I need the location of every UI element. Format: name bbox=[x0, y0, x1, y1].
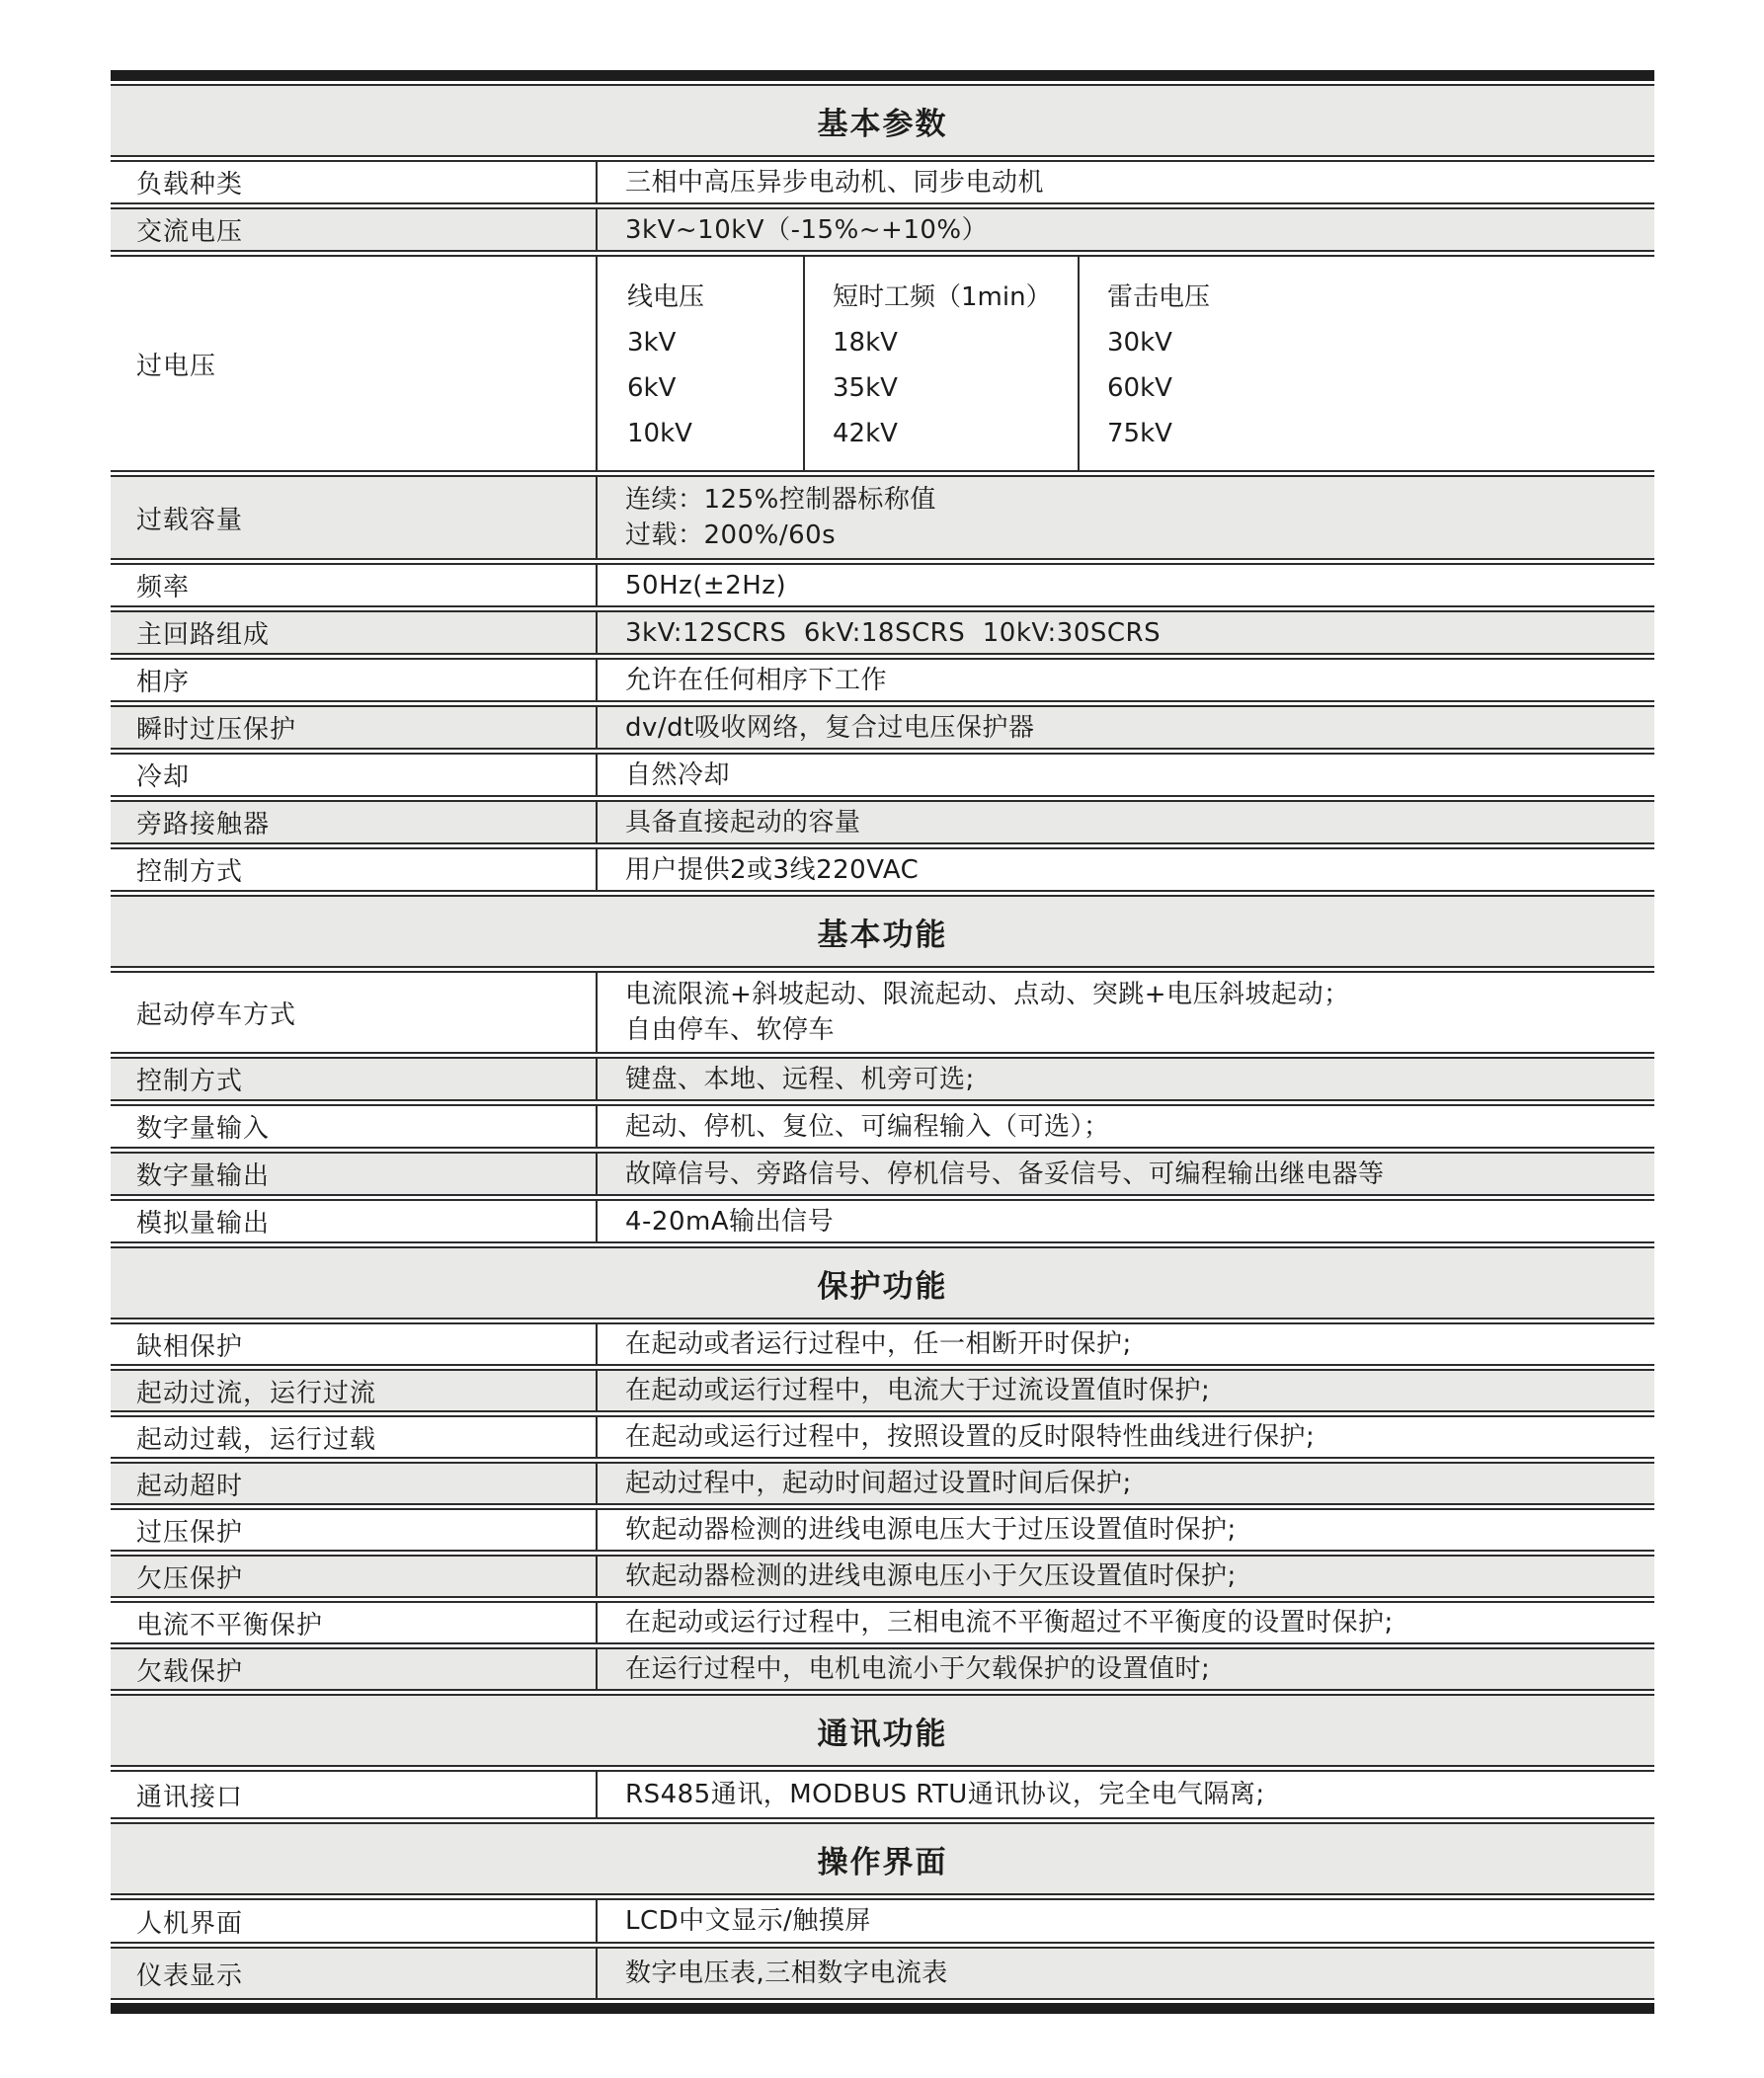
row-label: 主回路组成 bbox=[111, 612, 598, 653]
row-start-timeout-protection: 起动超时 起动过程中，起动时间超过设置时间后保护; bbox=[111, 1462, 1654, 1505]
row-value: 在起动或运行过程中，三相电流不平衡超过不平衡度的设置时保护; bbox=[598, 1603, 1654, 1642]
row-phase-sequence: 相序 允许在任何相序下工作 bbox=[111, 658, 1654, 702]
subcol-value: 6kV bbox=[627, 373, 803, 403]
section-header-basic-functions: 基本功能 bbox=[111, 895, 1654, 968]
row-value: 数字电压表,三相数字电流表 bbox=[598, 1949, 1654, 1998]
row-label: 控制方式 bbox=[111, 849, 598, 890]
row-label: 仪表显示 bbox=[111, 1949, 598, 1998]
row-value: 具备直接起动的容量 bbox=[598, 802, 1654, 842]
row-value: 软起动器检测的进线电源电压小于欠压设置值时保护; bbox=[598, 1557, 1654, 1596]
row-value-line2: 过载：200%/60s bbox=[625, 518, 1644, 553]
table-top-border bbox=[111, 70, 1654, 81]
row-label: 数字量输出 bbox=[111, 1154, 598, 1194]
section-title: 基本功能 bbox=[111, 910, 1654, 954]
row-label: 数字量输入 bbox=[111, 1106, 598, 1147]
row-overload-capacity: 过载容量 连续：125%控制器标称值 过载：200%/60s bbox=[111, 475, 1654, 560]
row-value-line1: 连续：125%控制器标称值 bbox=[625, 482, 1644, 518]
row-label: 通讯接口 bbox=[111, 1772, 598, 1817]
row-comm-port: 通讯接口 RS485通讯，MODBUS RTU通讯协议，完全电气隔离; bbox=[111, 1770, 1654, 1819]
row-value-line2: 自由停车、软停车 bbox=[625, 1012, 1644, 1048]
row-value: 故障信号、旁路信号、停机信号、备妥信号、可编程输出继电器等 bbox=[598, 1154, 1654, 1194]
row-label: 瞬时过压保护 bbox=[111, 707, 598, 748]
row-value: RS485通讯，MODBUS RTU通讯协议，完全电气隔离; bbox=[598, 1772, 1654, 1817]
row-label: 过电压 bbox=[111, 257, 598, 470]
row-label: 交流电压 bbox=[111, 209, 598, 250]
overvoltage-subtable: 线电压 3kV 6kV 10kV 短时工频（1min） 18kV 35kV 42… bbox=[598, 257, 1654, 470]
spec-table: 基本参数 负载种类 三相中高压异步电动机、同步电动机 交流电压 3kV~10kV… bbox=[111, 70, 1654, 2014]
row-overcurrent-protection: 起动过流，运行过流 在起动或运行过程中，电流大于过流设置值时保护; bbox=[111, 1369, 1654, 1412]
section-header-basic-params: 基本参数 bbox=[111, 84, 1654, 157]
row-label: 欠压保护 bbox=[111, 1557, 598, 1596]
section-header-operation-ui: 操作界面 bbox=[111, 1822, 1654, 1895]
row-label: 起动超时 bbox=[111, 1464, 598, 1503]
row-label: 过压保护 bbox=[111, 1510, 598, 1550]
subcol-value: 10kV bbox=[627, 419, 803, 448]
row-hmi: 人机界面 LCD中文显示/触摸屏 bbox=[111, 1898, 1654, 1944]
row-value: 起动、停机、复位、可编程输入（可选）； bbox=[598, 1106, 1654, 1147]
subcol-value: 18kV bbox=[833, 328, 1078, 358]
row-ac-voltage: 交流电压 3kV~10kV（-15%~+10%） bbox=[111, 207, 1654, 252]
row-label: 控制方式 bbox=[111, 1059, 598, 1099]
row-overload-protection: 起动过载，运行过载 在起动或运行过程中，按照设置的反时限特性曲线进行保护; bbox=[111, 1415, 1654, 1459]
subcol-header: 线电压 bbox=[627, 277, 803, 306]
row-label: 相序 bbox=[111, 660, 598, 700]
row-label: 起动停车方式 bbox=[111, 973, 598, 1052]
row-value: 自然冷却 bbox=[598, 755, 1654, 795]
row-value: LCD中文显示/触摸屏 bbox=[598, 1900, 1654, 1942]
row-frequency: 频率 50Hz(±2Hz) bbox=[111, 563, 1654, 607]
row-label: 人机界面 bbox=[111, 1900, 598, 1942]
row-func-control-mode: 控制方式 键盘、本地、远程、机旁可选; bbox=[111, 1057, 1654, 1101]
row-value: dv/dt吸收网络，复合过电压保护器 bbox=[598, 707, 1654, 748]
row-label: 缺相保护 bbox=[111, 1324, 598, 1364]
subcol-value: 30kV bbox=[1107, 328, 1654, 358]
row-digital-input: 数字量输入 起动、停机、复位、可编程输入（可选）； bbox=[111, 1104, 1654, 1149]
row-value: 软起动器检测的进线电源电压大于过压设置值时保护; bbox=[598, 1510, 1654, 1550]
row-value: 50Hz(±2Hz) bbox=[598, 565, 1654, 605]
table-bottom-border bbox=[111, 2003, 1654, 2014]
row-value: 在起动或者运行过程中，任一相断开时保护; bbox=[598, 1324, 1654, 1364]
section-title: 保护功能 bbox=[111, 1261, 1654, 1306]
row-overvoltage: 过电压 线电压 3kV 6kV 10kV 短时工频（1min） 18kV 35k… bbox=[111, 255, 1654, 472]
subcol-header: 短时工频（1min） bbox=[833, 277, 1078, 306]
row-value: 起动过程中，起动时间超过设置时间后保护; bbox=[598, 1464, 1654, 1503]
row-control-mode: 控制方式 用户提供2或3线220VAC bbox=[111, 847, 1654, 892]
row-load-type: 负载种类 三相中高压异步电动机、同步电动机 bbox=[111, 160, 1654, 204]
row-cooling: 冷却 自然冷却 bbox=[111, 753, 1654, 797]
row-label: 起动过流，运行过流 bbox=[111, 1371, 598, 1410]
row-value: 3kV~10kV（-15%~+10%） bbox=[598, 209, 1654, 250]
row-value: 在起动或运行过程中，按照设置的反时限特性曲线进行保护; bbox=[598, 1417, 1654, 1457]
row-overvoltage-protection: 过压保护 软起动器检测的进线电源电压大于过压设置值时保护; bbox=[111, 1508, 1654, 1552]
overvoltage-col-power-freq: 短时工频（1min） 18kV 35kV 42kV bbox=[805, 257, 1080, 470]
row-transient-ovp: 瞬时过压保护 dv/dt吸收网络，复合过电压保护器 bbox=[111, 705, 1654, 750]
row-current-unbalance-protection: 电流不平衡保护 在起动或运行过程中，三相电流不平衡超过不平衡度的设置时保护; bbox=[111, 1601, 1654, 1644]
section-title: 操作界面 bbox=[111, 1837, 1654, 1881]
row-value: 3kV:12SCRS 6kV:18SCRS 10kV:30SCRS bbox=[598, 612, 1654, 653]
row-label: 负载种类 bbox=[111, 162, 598, 202]
row-label: 频率 bbox=[111, 565, 598, 605]
row-main-circuit: 主回路组成 3kV:12SCRS 6kV:18SCRS 10kV:30SCRS bbox=[111, 610, 1654, 655]
row-label: 欠载保护 bbox=[111, 1649, 598, 1689]
subcol-value: 35kV bbox=[833, 373, 1078, 403]
subcol-value: 60kV bbox=[1107, 373, 1654, 403]
section-title: 基本参数 bbox=[111, 99, 1654, 143]
row-label: 起动过载，运行过载 bbox=[111, 1417, 598, 1457]
row-label: 冷却 bbox=[111, 755, 598, 795]
row-value: 三相中高压异步电动机、同步电动机 bbox=[598, 162, 1654, 202]
row-start-stop-mode: 起动停车方式 电流限流+斜坡起动、限流起动、点动、突跳+电压斜坡起动； 自由停车… bbox=[111, 971, 1654, 1054]
row-value-line1: 电流限流+斜坡起动、限流起动、点动、突跳+电压斜坡起动； bbox=[625, 977, 1644, 1012]
row-label: 旁路接触器 bbox=[111, 802, 598, 842]
overvoltage-col-line-voltage: 线电压 3kV 6kV 10kV bbox=[598, 257, 805, 470]
row-value: 键盘、本地、远程、机旁可选; bbox=[598, 1059, 1654, 1099]
row-undervoltage-protection: 欠压保护 软起动器检测的进线电源电压小于欠压设置值时保护; bbox=[111, 1555, 1654, 1598]
row-value: 4-20mA输出信号 bbox=[598, 1201, 1654, 1241]
row-value: 在运行过程中，电机电流小于欠载保护的设置值时; bbox=[598, 1649, 1654, 1689]
row-analog-output: 模拟量输出 4-20mA输出信号 bbox=[111, 1199, 1654, 1243]
row-label: 电流不平衡保护 bbox=[111, 1603, 598, 1642]
row-value: 允许在任何相序下工作 bbox=[598, 660, 1654, 700]
row-value: 电流限流+斜坡起动、限流起动、点动、突跳+电压斜坡起动； 自由停车、软停车 bbox=[598, 973, 1654, 1052]
overvoltage-col-lightning: 雷击电压 30kV 60kV 75kV bbox=[1080, 257, 1654, 470]
row-phase-loss-protection: 缺相保护 在起动或者运行过程中，任一相断开时保护; bbox=[111, 1322, 1654, 1366]
row-underload-protection: 欠载保护 在运行过程中，电机电流小于欠载保护的设置值时; bbox=[111, 1647, 1654, 1691]
section-header-communication: 通讯功能 bbox=[111, 1694, 1654, 1767]
spec-sheet-page: 基本参数 负载种类 三相中高压异步电动机、同步电动机 交流电压 3kV~10kV… bbox=[0, 0, 1764, 2078]
subcol-header: 雷击电压 bbox=[1107, 277, 1654, 306]
row-meter-display: 仪表显示 数字电压表,三相数字电流表 bbox=[111, 1947, 1654, 2000]
row-value: 在起动或运行过程中，电流大于过流设置值时保护; bbox=[598, 1371, 1654, 1410]
section-title: 通讯功能 bbox=[111, 1709, 1654, 1753]
row-value: 用户提供2或3线220VAC bbox=[598, 849, 1654, 890]
row-label: 过载容量 bbox=[111, 477, 598, 558]
row-digital-output: 数字量输出 故障信号、旁路信号、停机信号、备妥信号、可编程输出继电器等 bbox=[111, 1152, 1654, 1196]
row-value: 连续：125%控制器标称值 过载：200%/60s bbox=[598, 477, 1654, 558]
section-header-protection: 保护功能 bbox=[111, 1246, 1654, 1319]
row-label: 模拟量输出 bbox=[111, 1201, 598, 1241]
row-bypass-contactor: 旁路接触器 具备直接起动的容量 bbox=[111, 800, 1654, 844]
subcol-value: 75kV bbox=[1107, 419, 1654, 448]
subcol-value: 3kV bbox=[627, 328, 803, 358]
subcol-value: 42kV bbox=[833, 419, 1078, 448]
